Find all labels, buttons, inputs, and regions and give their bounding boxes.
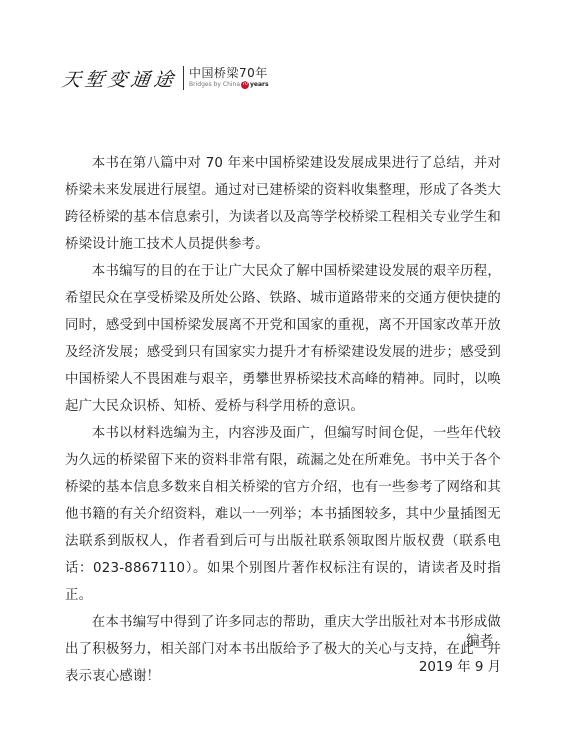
signature-author: 编者 — [466, 630, 493, 649]
logo-divider — [183, 66, 184, 90]
logo-text-block: 中国桥梁70年 Bridges by China 70 years — [189, 67, 269, 89]
signature-date: 2019 年 9 月 — [419, 656, 501, 675]
header-logo: 天堑变通途 中国桥梁70年 Bridges by China 70 years — [62, 63, 269, 93]
paragraph-1: 本书在第八篇中对 70 年来中国桥梁建设发展成果进行了总结，并对桥梁未来发展进行… — [65, 150, 501, 258]
series-title: 中国桥梁70年 — [189, 67, 269, 79]
preface-body: 本书在第八篇中对 70 年来中国桥梁建设发展成果进行了总结，并对桥梁未来发展进行… — [65, 150, 501, 690]
paragraph-4: 在本书编写中得到了许多同志的帮助，重庆大学出版社对本书形成做出了积极努力，相关部… — [65, 609, 501, 690]
seventy-badge-icon: 70 — [241, 81, 249, 89]
paragraph-2: 本书编写的目的在于让广大民众了解中国桥梁建设发展的艰辛历程，希望民众在享受桥梁及… — [65, 258, 501, 420]
subtitle-suffix: years — [250, 82, 269, 88]
paragraph-3: 本书以材料选编为主，内容涉及面广，但编写时间仓促，一些年代较为久远的桥梁留下来的… — [65, 420, 501, 609]
subtitle-prefix: Bridges by China — [189, 82, 240, 88]
calligraphy-title: 天堑变通途 — [60, 65, 179, 92]
series-subtitle: Bridges by China 70 years — [189, 81, 269, 89]
